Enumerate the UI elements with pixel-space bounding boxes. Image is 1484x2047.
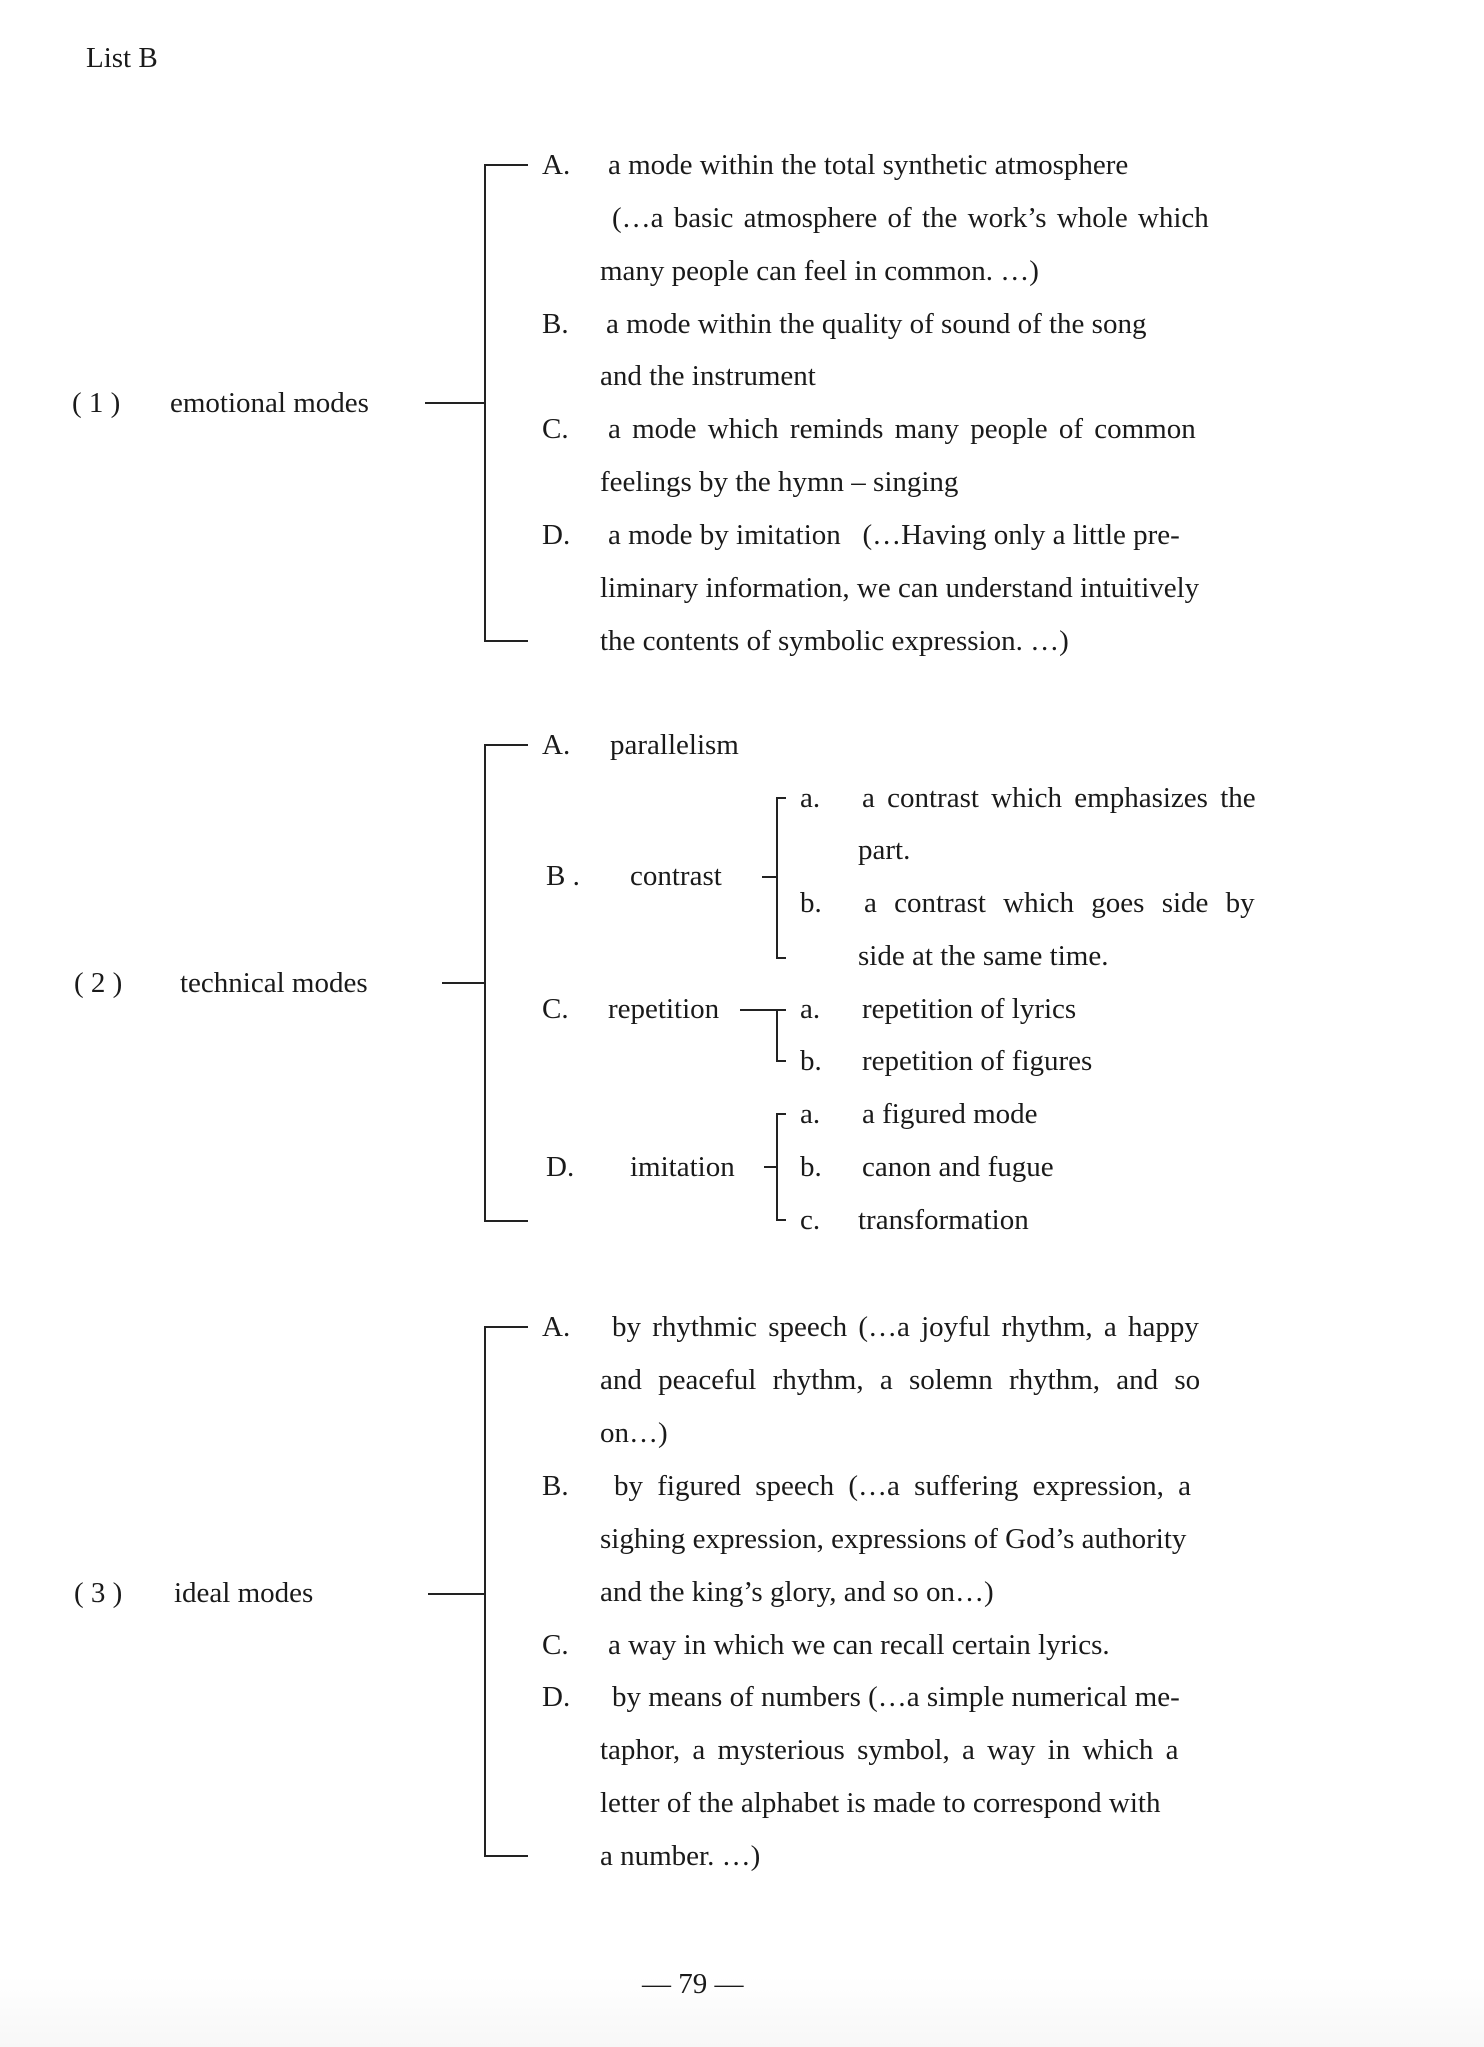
item-letter: C.	[542, 991, 569, 1027]
bracket-stem	[425, 402, 485, 404]
item-text: feelings by the hymn – singing	[600, 464, 958, 500]
sub-bracket-vertical	[776, 1009, 778, 1061]
item-text: on…)	[600, 1415, 668, 1451]
item-label: contrast	[630, 858, 722, 894]
subitem-text: a contrast which goes side by	[864, 885, 1255, 921]
item-letter: B .	[546, 858, 580, 894]
sub-bracket-top	[776, 1113, 786, 1115]
sub-bracket-stem	[764, 1166, 776, 1168]
item-text: a mode by imitation (…Having only a litt…	[608, 517, 1180, 553]
section-label: ideal modes	[174, 1575, 313, 1611]
item-letter: C.	[542, 411, 569, 447]
bracket-stem	[442, 982, 485, 984]
subitem-text: side at the same time.	[858, 938, 1108, 974]
bracket-top	[484, 744, 528, 746]
subitem-letter: a.	[800, 1096, 820, 1132]
item-text: a way in which we can recall certain lyr…	[608, 1627, 1110, 1663]
subitem-letter: b.	[800, 1043, 822, 1079]
item-text: the contents of symbolic expression. …)	[600, 623, 1069, 659]
item-letter: B.	[542, 1468, 569, 1504]
item-text: letter of the alphabet is made to corres…	[600, 1785, 1161, 1821]
sub-bracket-top	[776, 797, 786, 799]
sub-bracket-stem	[762, 876, 776, 878]
bracket-bottom	[484, 1855, 528, 1857]
page-number: — 79 —	[642, 1966, 744, 2002]
subitem-text: transformation	[858, 1202, 1029, 1238]
item-label: repetition	[608, 991, 719, 1027]
section-number: ( 1 )	[72, 385, 120, 421]
item-text: a mode within the quality of sound of th…	[606, 306, 1146, 342]
subitem-text: canon and fugue	[862, 1149, 1054, 1185]
item-letter: B.	[542, 306, 569, 342]
item-text: liminary information, we can understand …	[600, 570, 1199, 606]
item-text: and the instrument	[600, 358, 816, 394]
sub-bracket-vertical	[776, 798, 778, 958]
item-letter: A.	[542, 147, 570, 183]
item-text: by means of numbers (…a simple numerical…	[612, 1679, 1180, 1715]
bracket-vertical	[484, 1327, 486, 1856]
sub-bracket-vertical	[776, 1114, 778, 1220]
bracket-stem	[428, 1593, 485, 1595]
subitem-letter: b.	[800, 885, 822, 921]
item-letter: C.	[542, 1627, 569, 1663]
sub-bracket-bottom	[776, 1060, 786, 1062]
subitem-text: repetition of lyrics	[862, 991, 1076, 1027]
bracket-top	[484, 164, 528, 166]
section-number: ( 3 )	[74, 1575, 122, 1611]
bracket-top	[484, 1326, 528, 1328]
item-letter: D.	[546, 1149, 574, 1185]
subitem-letter: a.	[800, 780, 820, 816]
item-letter: D.	[542, 517, 570, 553]
subitem-letter: a.	[800, 991, 820, 1027]
item-letter: A.	[542, 727, 570, 763]
bracket-vertical	[484, 745, 486, 1221]
subitem-text: repetition of figures	[862, 1043, 1092, 1079]
item-text: a mode which reminds many people of comm…	[608, 411, 1196, 447]
item-text: taphor, a mysterious symbol, a way in wh…	[600, 1732, 1178, 1768]
list-title: List B	[86, 40, 158, 76]
item-label: imitation	[630, 1149, 735, 1185]
item-label: parallelism	[610, 727, 739, 763]
item-text: and the king’s glory, and so on…)	[600, 1574, 994, 1610]
item-text: and peaceful rhythm, a solemn rhythm, an…	[600, 1362, 1200, 1398]
section-label: technical modes	[180, 965, 368, 1001]
subitem-text: part.	[858, 832, 910, 868]
bracket-vertical	[484, 165, 486, 641]
item-text: a mode within the total synthetic atmosp…	[608, 147, 1128, 183]
section-number: ( 2 )	[74, 965, 122, 1001]
section-label: emotional modes	[170, 385, 369, 421]
item-letter: D.	[542, 1679, 570, 1715]
sub-bracket-stem	[740, 1009, 786, 1011]
subitem-letter: c.	[800, 1202, 820, 1238]
sub-bracket-bottom	[776, 957, 786, 959]
item-text: many people can feel in common. …)	[600, 253, 1039, 289]
item-text: sighing expression, expressions of God’s…	[600, 1521, 1186, 1557]
item-text: a number. …)	[600, 1838, 760, 1874]
bracket-bottom	[484, 1220, 528, 1222]
subitem-text: a contrast which emphasizes the	[862, 780, 1256, 816]
item-letter: A.	[542, 1309, 570, 1345]
item-text: (…a basic atmosphere of the work’s whole…	[612, 200, 1209, 236]
subitem-letter: b.	[800, 1149, 822, 1185]
sub-bracket-bottom	[776, 1219, 786, 1221]
bracket-bottom	[484, 640, 528, 642]
subitem-text: a figured mode	[862, 1096, 1038, 1132]
item-text: by figured speech (…a suffering expressi…	[614, 1468, 1191, 1504]
item-text: by rhythmic speech (…a joyful rhythm, a …	[612, 1309, 1199, 1345]
